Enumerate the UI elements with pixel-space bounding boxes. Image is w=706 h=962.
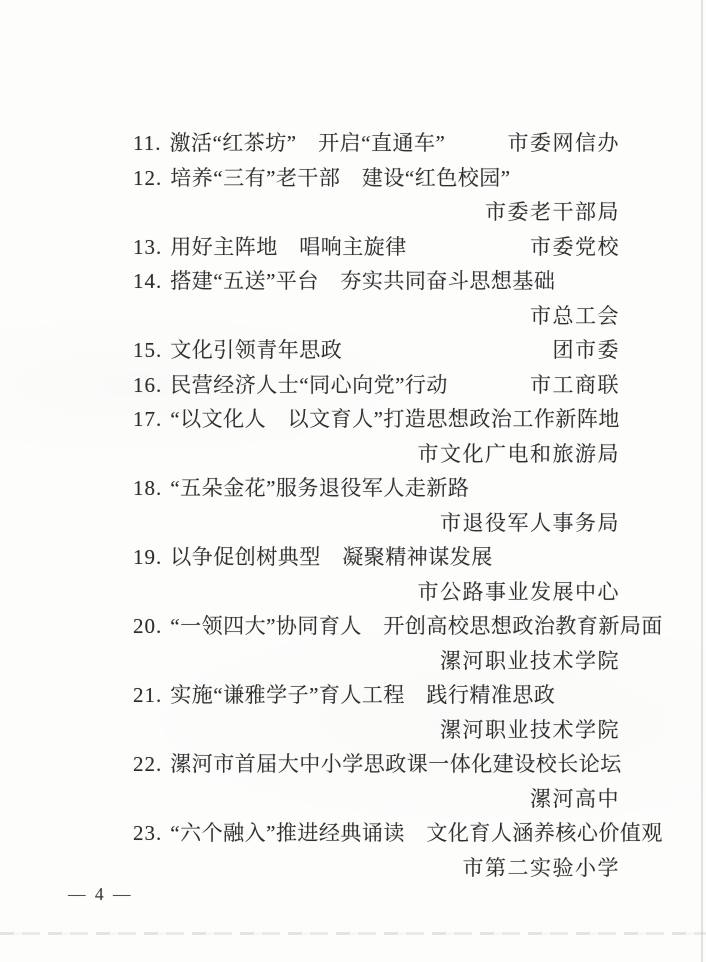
numbered-list: 11.激活“红茶坊” 开启“直通车”市委网信办12.培养“三有”老干部 建设“红…: [133, 126, 620, 885]
item-text: 14.搭建“五送”平台 夯实共同奋斗思想基础: [133, 264, 555, 299]
item-org: 漯河职业技术学院: [440, 644, 620, 679]
item-number: 15.: [133, 333, 162, 368]
item-number: 19.: [133, 540, 162, 575]
item-text: 20.“一领四大”协同育人 开创高校思想政治教育新局面: [133, 609, 663, 644]
list-item-org-line: 市第二实验小学: [133, 851, 620, 886]
scan-fold-line: [0, 932, 706, 935]
item-number: 11.: [133, 126, 161, 161]
item-text: 18.“五朵金花”服务退役军人走新路: [133, 471, 469, 506]
list-item: 17.“以文化人 以文育人”打造思想政治工作新阵地: [133, 402, 620, 437]
item-text: 12.培养“三有”老干部 建设“红色校园”: [133, 161, 511, 196]
item-number: 12.: [133, 161, 162, 196]
item-title: 文化引领青年思政: [170, 338, 342, 362]
item-org: 漯河职业技术学院: [440, 713, 620, 748]
list-item-org-line: 市退役军人事务局: [133, 506, 620, 541]
item-number: 21.: [133, 678, 162, 713]
list-item: 21.实施“谦雅学子”育人工程 践行精准思政: [133, 678, 620, 713]
item-text: 15.文化引领青年思政: [133, 333, 342, 368]
item-text: 11.激活“红茶坊” 开启“直通车”: [133, 126, 445, 161]
item-number: 22.: [133, 747, 162, 782]
item-title: 以争促创树典型 凝聚精神谋发展: [170, 545, 493, 569]
item-org: 市工商联: [530, 368, 620, 403]
list-item: 20.“一领四大”协同育人 开创高校思想政治教育新局面: [133, 609, 620, 644]
list-item: 12.培养“三有”老干部 建设“红色校园”: [133, 161, 620, 196]
list-item-org-line: 漯河高中: [133, 782, 620, 817]
item-title: “以文化人 以文育人”打造思想政治工作新阵地: [170, 407, 620, 431]
item-text: 13.用好主阵地 唱响主旋律: [133, 230, 407, 265]
list-item-org-line: 市委老干部局: [133, 195, 620, 230]
item-title: 激活“红茶坊” 开启“直通车”: [169, 131, 445, 155]
item-number: 17.: [133, 402, 162, 437]
list-item: 15.文化引领青年思政团市委: [133, 333, 620, 368]
item-title: “一领四大”协同育人 开创高校思想政治教育新局面: [170, 614, 663, 638]
list-item-org-line: 市公路事业发展中心: [133, 575, 620, 610]
item-org: 市委党校: [530, 230, 620, 265]
item-text: 21.实施“谦雅学子”育人工程 践行精准思政: [133, 678, 555, 713]
scan-edge-line: [701, 0, 703, 962]
list-item: 16.民营经济人士“同心向党”行动市工商联: [133, 368, 620, 403]
item-number: 20.: [133, 609, 162, 644]
item-title: 搭建“五送”平台 夯实共同奋斗思想基础: [170, 269, 555, 293]
list-item: 19.以争促创树典型 凝聚精神谋发展: [133, 540, 620, 575]
list-item: 13.用好主阵地 唱响主旋律市委党校: [133, 230, 620, 265]
item-text: 16.民营经济人士“同心向党”行动: [133, 368, 448, 403]
list-item-org-line: 漯河职业技术学院: [133, 713, 620, 748]
item-title: 用好主阵地 唱响主旋律: [170, 235, 407, 259]
item-org: 市第二实验小学: [463, 851, 621, 886]
item-org: 市公路事业发展中心: [418, 575, 621, 610]
item-title: 实施“谦雅学子”育人工程 践行精准思政: [170, 683, 555, 707]
item-title: 民营经济人士“同心向党”行动: [170, 373, 448, 397]
document-page: 11.激活“红茶坊” 开启“直通车”市委网信办12.培养“三有”老干部 建设“红…: [0, 0, 706, 962]
list-item: 14.搭建“五送”平台 夯实共同奋斗思想基础: [133, 264, 620, 299]
list-item: 23.“六个融入”推进经典诵读 文化育人涵养核心价值观: [133, 816, 620, 851]
list-item: 22.漯河市首届大中小学思政课一体化建设校长论坛: [133, 747, 620, 782]
item-text: 22.漯河市首届大中小学思政课一体化建设校长论坛: [133, 747, 622, 782]
item-number: 16.: [133, 368, 162, 403]
item-title: 培养“三有”老干部 建设“红色校园”: [170, 166, 510, 190]
item-org: 漯河高中: [530, 782, 620, 817]
item-number: 18.: [133, 471, 162, 506]
item-org: 团市委: [553, 333, 621, 368]
item-number: 14.: [133, 264, 162, 299]
list-item: 11.激活“红茶坊” 开启“直通车”市委网信办: [133, 126, 620, 161]
item-text: 23.“六个融入”推进经典诵读 文化育人涵养核心价值观: [133, 816, 663, 851]
item-title: “六个融入”推进经典诵读 文化育人涵养核心价值观: [170, 821, 663, 845]
list-item-org-line: 市总工会: [133, 299, 620, 334]
item-title: 漯河市首届大中小学思政课一体化建设校长论坛: [170, 752, 622, 776]
list-item-org-line: 市文化广电和旅游局: [133, 437, 620, 472]
item-text: 17.“以文化人 以文育人”打造思想政治工作新阵地: [133, 402, 620, 437]
item-org: 市退役军人事务局: [440, 506, 620, 541]
item-org: 市委老干部局: [485, 195, 620, 230]
page-number: — 4 —: [68, 884, 133, 905]
item-org: 市文化广电和旅游局: [418, 437, 621, 472]
item-org: 市总工会: [530, 299, 620, 334]
list-item: 18.“五朵金花”服务退役军人走新路: [133, 471, 620, 506]
list-item-org-line: 漯河职业技术学院: [133, 644, 620, 679]
item-number: 13.: [133, 230, 162, 265]
item-org: 市委网信办: [508, 126, 621, 161]
item-title: “五朵金花”服务退役军人走新路: [170, 476, 469, 500]
item-number: 23.: [133, 816, 162, 851]
item-text: 19.以争促创树典型 凝聚精神谋发展: [133, 540, 493, 575]
